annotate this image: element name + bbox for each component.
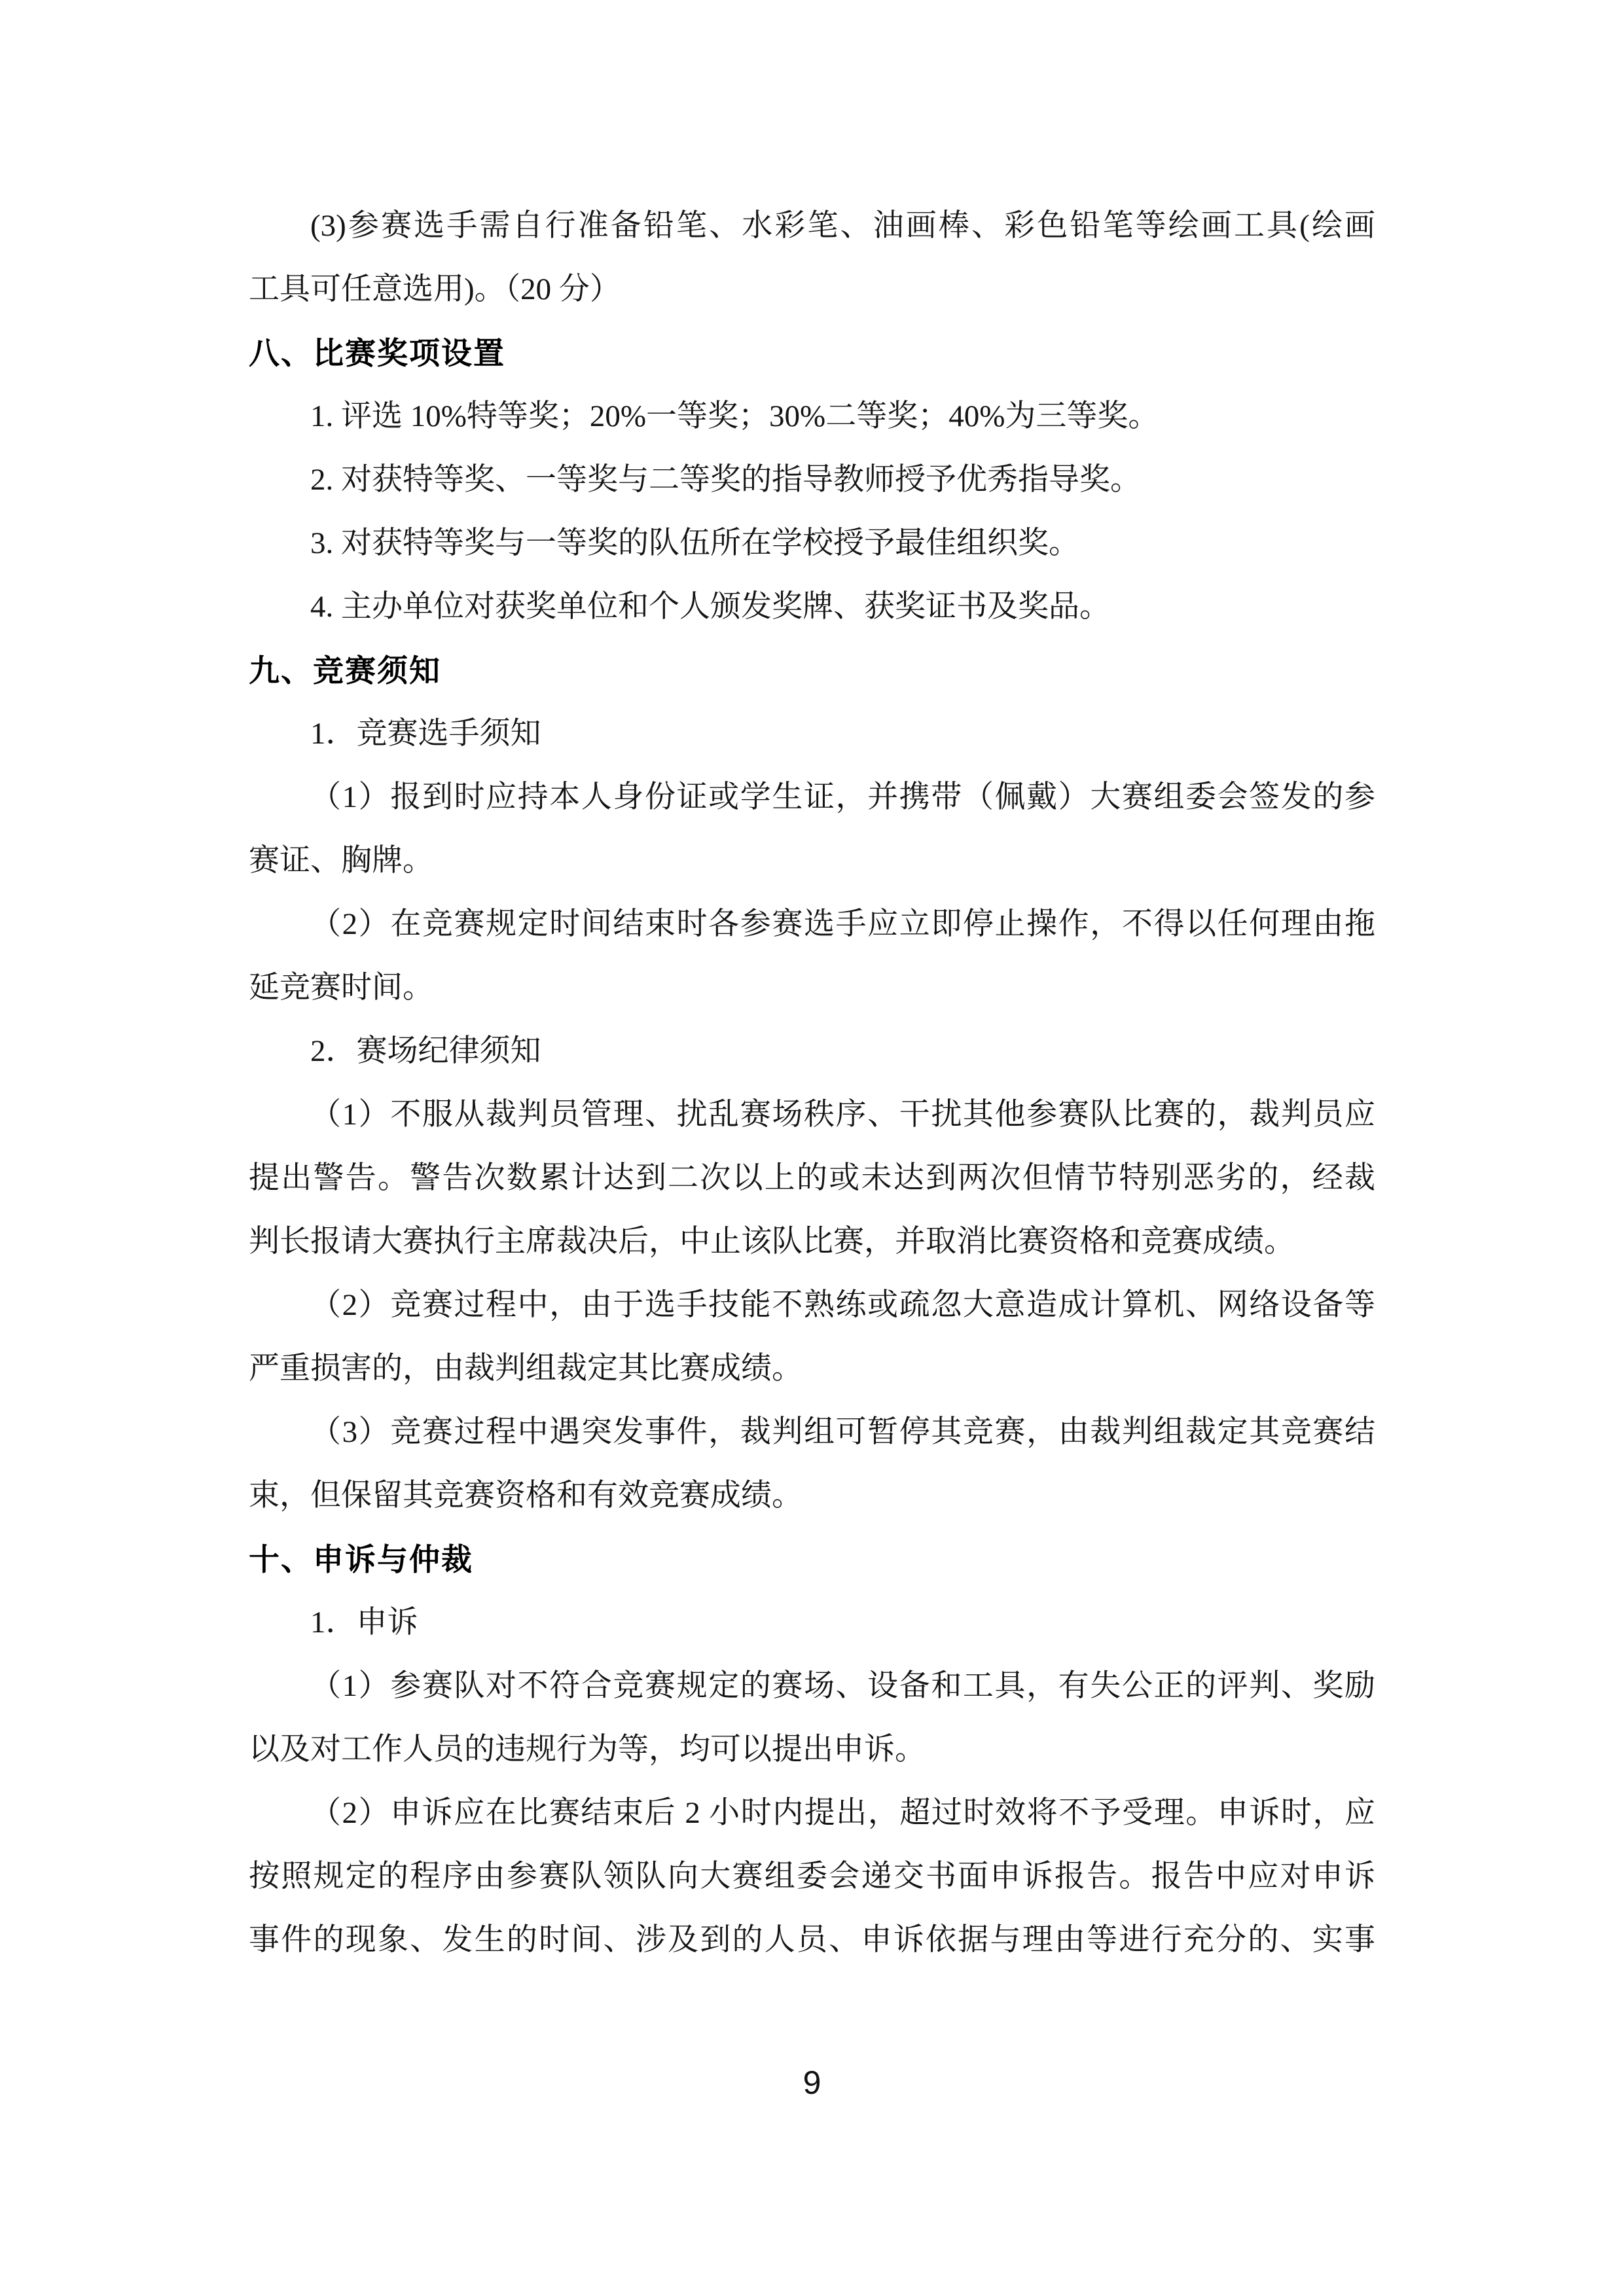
text-line: （2）申诉应在比赛结束后 2 小时内提出，超过时效将不予受理。申诉时，应 [249,1782,1375,1845]
text-line: 束，但保留其竞赛资格和有效竞赛成绩。 [249,1464,1375,1528]
text-line: 以及对工作人员的违规行为等，均可以提出申诉。 [249,1718,1375,1782]
text-line: （1）参赛队对不符合竞赛规定的赛场、设备和工具，有失公正的评判、奖励 [249,1655,1375,1718]
text-line: 提出警告。警告次数累计达到二次以上的或未达到两次但情节特别恶劣的，经裁 [249,1147,1375,1210]
text-line: 事件的现象、发生的时间、涉及到的人员、申诉依据与理由等进行充分的、实事 [249,1909,1375,1972]
text-line: 赛证、胸牌。 [249,829,1375,893]
text-line: 判长报请大赛执行主席裁决后，中止该队比赛，并取消比赛资格和竞赛成绩。 [249,1210,1375,1274]
list-item: 3. 对获特等奖与一等奖的队伍所在学校授予最佳组织奖。 [249,512,1375,575]
text-line: 工具可任意选用)。（20 分） [249,258,1375,321]
document-body: (3)参赛选手需自行准备铅笔、水彩笔、油画棒、彩色铅笔等绘画工具(绘画 工具可任… [249,194,1375,1972]
text-line: （1）报到时应持本人身份证或学生证，并携带（佩戴）大赛组委会签发的参 [249,766,1375,829]
section-heading-awards: 八、比赛奖项设置 [249,321,1375,385]
text-line: 按照规定的程序由参赛队领队向大赛组委会递交书面申诉报告。报告中应对申诉 [249,1845,1375,1909]
text-line: （3）竞赛过程中遇突发事件，裁判组可暂停其竞赛，由裁判组裁定其竞赛结 [249,1401,1375,1464]
list-item: 4. 主办单位对获奖单位和个人颁发奖牌、获奖证书及奖品。 [249,575,1375,639]
section-heading-notice: 九、竞赛须知 [249,639,1375,702]
list-item: 2. 对获特等奖、一等奖与二等奖的指导教师授予优秀指导奖。 [249,448,1375,512]
document-page: (3)参赛选手需自行准备铅笔、水彩笔、油画棒、彩色铅笔等绘画工具(绘画 工具可任… [0,0,1624,2296]
subsection-title: 1．申诉 [249,1591,1375,1655]
subsection-title: 2．赛场纪律须知 [249,1020,1375,1083]
section-heading-appeal: 十、申诉与仲裁 [249,1528,1375,1591]
text-line: （2）竞赛过程中，由于选手技能不熟练或疏忽大意造成计算机、网络设备等 [249,1274,1375,1337]
text-line: （1）不服从裁判员管理、扰乱赛场秩序、干扰其他参赛队比赛的，裁判员应 [249,1083,1375,1147]
page-number: 9 [0,2063,1624,2102]
text-line: (3)参赛选手需自行准备铅笔、水彩笔、油画棒、彩色铅笔等绘画工具(绘画 [249,194,1375,258]
text-line: 严重损害的，由裁判组裁定其比赛成绩。 [249,1337,1375,1401]
list-item: 1. 评选 10%特等奖；20%一等奖；30%二等奖；40%为三等奖。 [249,385,1375,448]
text-line: 延竞赛时间。 [249,956,1375,1020]
subsection-title: 1．竞赛选手须知 [249,702,1375,766]
text-line: （2）在竞赛规定时间结束时各参赛选手应立即停止操作，不得以任何理由拖 [249,893,1375,956]
